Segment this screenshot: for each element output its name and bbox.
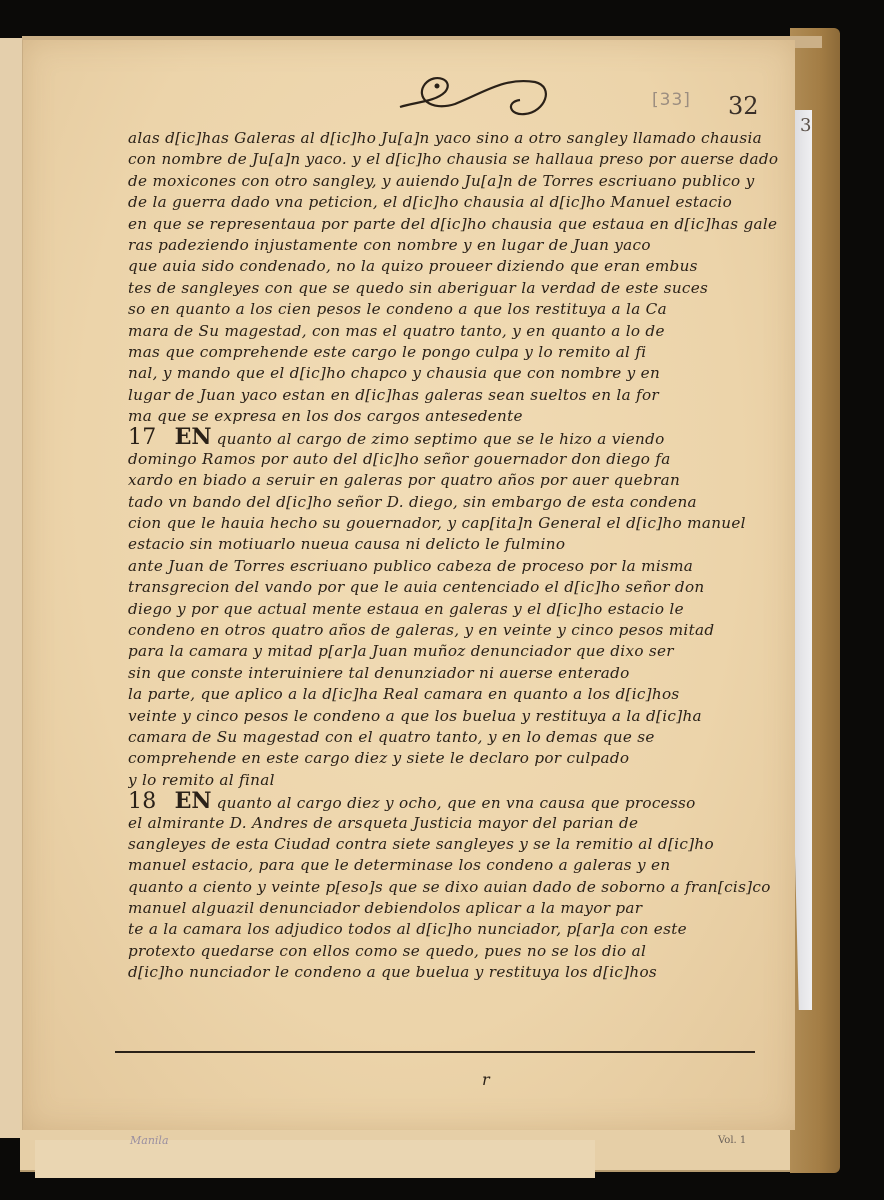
item-initial: EN bbox=[175, 427, 212, 448]
text-line: manuel alguazil denunciador debiendolos … bbox=[128, 898, 778, 919]
text-line: quanto al cargo de zimo septimo que se l… bbox=[217, 430, 665, 448]
text-line: comprehende en este cargo diez y siete l… bbox=[128, 748, 778, 769]
item-number: 18 bbox=[128, 791, 157, 812]
text-line: ras padeziendo injustamente con nombre y… bbox=[128, 235, 778, 256]
footer-mark: r bbox=[482, 1070, 490, 1089]
text-line: manuel estacio, para que le determinase … bbox=[128, 855, 778, 876]
text-line: cion que le hauia hecho su gouernador, y… bbox=[128, 513, 778, 534]
manuscript-text: alas d[ic]has Galeras al d[ic]ho Ju[a]n … bbox=[128, 128, 778, 984]
text-line: tado vn bando del d[ic]ho señor D. diego… bbox=[128, 492, 778, 513]
text-line: diego y por que actual mente estaua en g… bbox=[128, 599, 778, 620]
text-line: estacio sin motiuarlo nueua causa ni del… bbox=[128, 534, 778, 555]
text-line: el almirante D. Andres de arsqueta Justi… bbox=[128, 813, 778, 834]
text-line: en que se representaua por parte del d[i… bbox=[128, 214, 778, 235]
text-line: con nombre de Ju[a]n yaco. y el d[ic]ho … bbox=[128, 149, 778, 170]
item-17-heading: 17EN quanto al cargo de zimo septimo que… bbox=[128, 427, 778, 448]
text-line: la parte, que aplico a la d[ic]ha Real c… bbox=[128, 684, 778, 705]
text-line: que auia sido condenado, no la quizo pro… bbox=[128, 256, 778, 277]
text-line: quanto a ciento y veinte p[eso]s que se … bbox=[128, 877, 778, 898]
pencil-reference: [33] bbox=[652, 90, 691, 110]
text-line: sin que conste interuiniere tal denunzia… bbox=[128, 663, 778, 684]
text-line: condeno en otros quatro años de galeras,… bbox=[128, 620, 778, 641]
closing-rule bbox=[115, 1051, 755, 1053]
text-line: nal, y mando que el d[ic]ho chapco y cha… bbox=[128, 363, 778, 384]
text-line: sangleyes de esta Ciudad contra siete sa… bbox=[128, 834, 778, 855]
text-line: camara de Su magestad con el quatro tant… bbox=[128, 727, 778, 748]
text-line: de la guerra dado vna peticion, el d[ic]… bbox=[128, 192, 778, 213]
item-initial: EN bbox=[175, 791, 212, 812]
text-line: ante Juan de Torres escriuano publico ca… bbox=[128, 556, 778, 577]
text-line: alas d[ic]has Galeras al d[ic]ho Ju[a]n … bbox=[128, 128, 778, 149]
text-line: mara de Su magestad, con mas el quatro t… bbox=[128, 321, 778, 342]
page-stack-bottom-2 bbox=[35, 1140, 595, 1178]
flourish-ornament-icon bbox=[395, 72, 555, 122]
item-number: 17 bbox=[128, 427, 157, 448]
text-line: te a la camara los adjudico todos al d[i… bbox=[128, 919, 778, 940]
text-line: ma que se expresa en los dos cargos ante… bbox=[128, 406, 778, 427]
text-line: xardo en biado a seruir en galeras por q… bbox=[128, 470, 778, 491]
footer-pencil-note-right: Vol. 1 bbox=[718, 1135, 746, 1146]
side-tab-number: 3 bbox=[800, 115, 811, 136]
text-line: domingo Ramos por auto del d[ic]ho señor… bbox=[128, 449, 778, 470]
text-line: transgrecion del vando por que le auia c… bbox=[128, 577, 778, 598]
text-line: y lo remito al final bbox=[128, 770, 778, 791]
text-line: veinte y cinco pesos le condeno a que lo… bbox=[128, 706, 778, 727]
text-line: lugar de Juan yaco estan en d[ic]has gal… bbox=[128, 385, 778, 406]
folio-number: 32 bbox=[728, 92, 759, 120]
text-line: d[ic]ho nunciador le condeno a que buelu… bbox=[128, 962, 778, 983]
text-line: quanto al cargo diez y ocho, que en vna … bbox=[217, 794, 696, 812]
text-line: protexto quedarse con ellos como se qued… bbox=[128, 941, 778, 962]
text-line: mas que comprehende este cargo le pongo … bbox=[128, 342, 778, 363]
text-line: tes de sangleyes con que se quedo sin ab… bbox=[128, 278, 778, 299]
text-line: so en quanto a los cien pesos le condeno… bbox=[128, 299, 778, 320]
text-line: para la camara y mitad p[ar]a Juan muñoz… bbox=[128, 641, 778, 662]
footer-pencil-note-left: Manila bbox=[130, 1134, 169, 1147]
item-18-heading: 18EN quanto al cargo diez y ocho, que en… bbox=[128, 791, 778, 812]
text-line: de moxicones con otro sangley, y auiendo… bbox=[128, 171, 778, 192]
